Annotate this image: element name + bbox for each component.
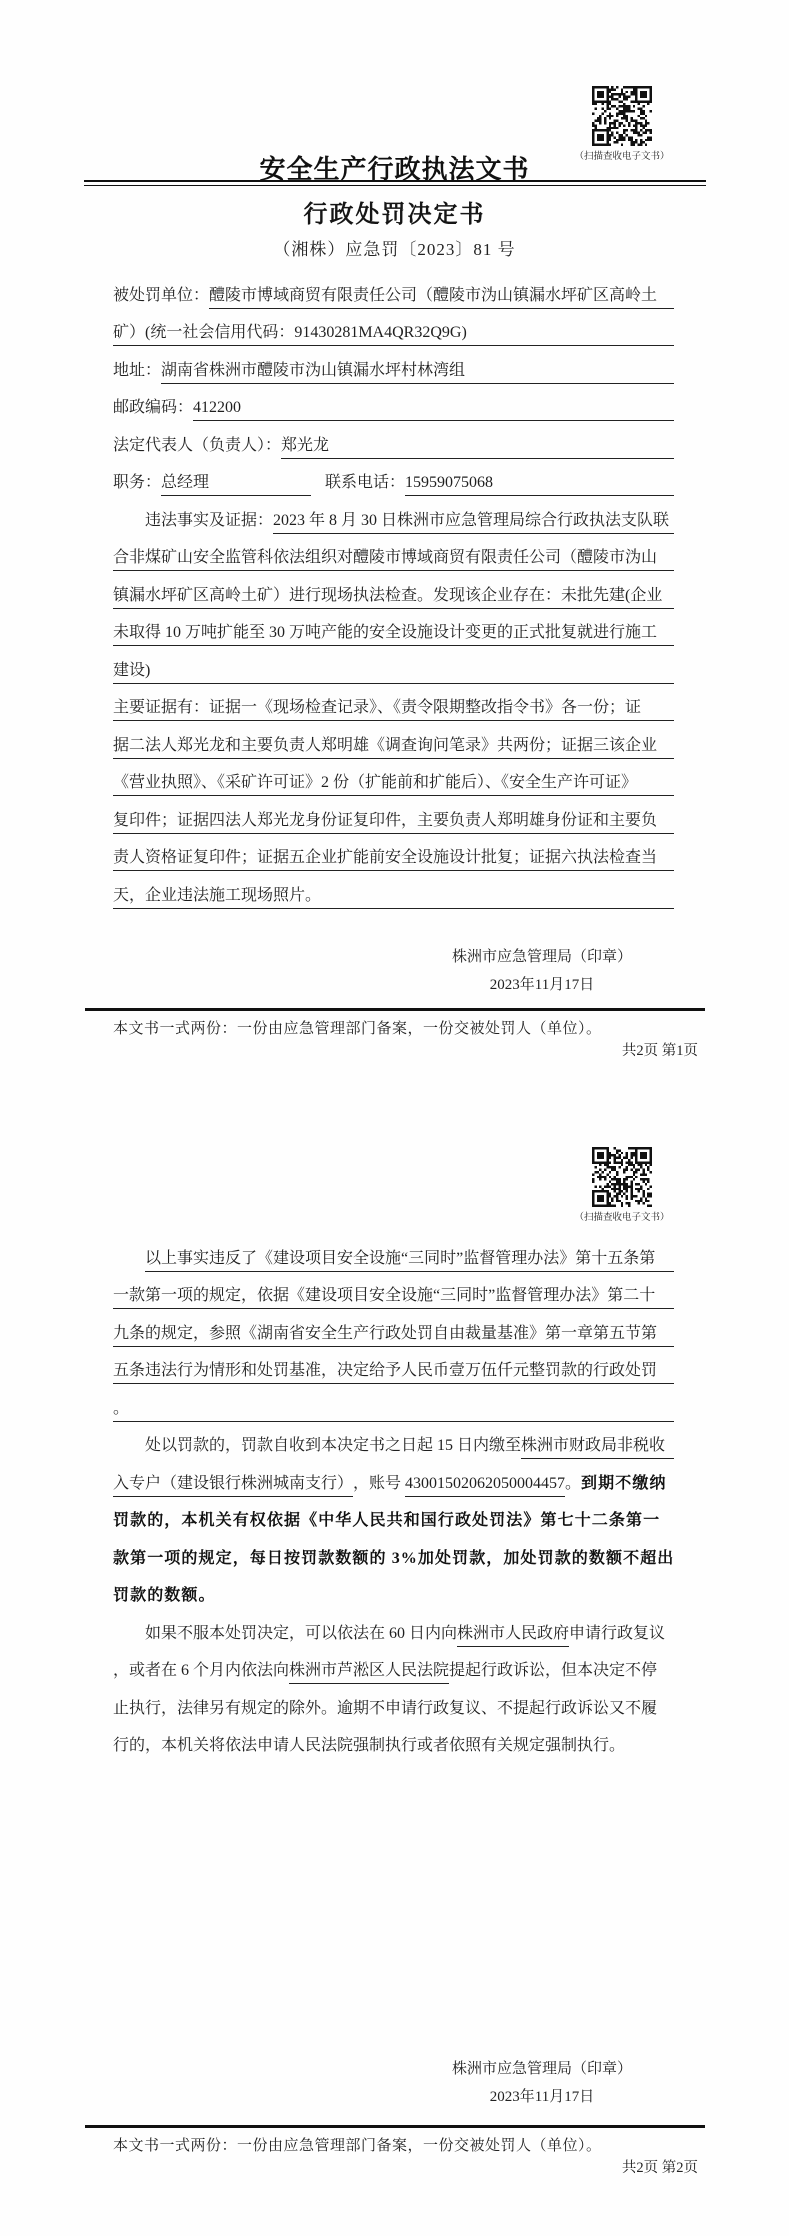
text-segment: 矿）(统一社会信用代码：91430281MA4QR32Q9G): [113, 325, 674, 346]
text-segment: 。: [565, 1476, 581, 1497]
text-segment: 43001502062050004457: [405, 1476, 565, 1497]
form-line: 被处罚单位：醴陵市博域商贸有限责任公司（醴陵市沩山镇漏水坪矿区高岭土: [113, 271, 674, 309]
text-segment: 申请行政复议: [569, 1626, 665, 1647]
form-line: 行的，本机关将依法申请人民法院强制执行或者依照有关规定强制执行。: [113, 1722, 674, 1760]
text-segment: 《营业执照》、《采矿许可证》2 份（扩能前和扩能后）、《安全生产许可证》: [113, 775, 674, 796]
footer-note-page2: 本文书一式两份：一份由应急管理部门备案，一份交被处罚人（单位）。: [113, 2134, 693, 2155]
text-segment: 入专户（建设银行株洲城南支行）: [113, 1476, 353, 1497]
text-segment: 职务：: [113, 475, 161, 496]
form-line: 未取得 10 万吨扩能至 30 万吨产能的安全设施设计变更的正式批复就进行施工: [113, 609, 674, 647]
text-segment: 行的，本机关将依法申请人民法院强制执行或者依照有关规定强制执行。: [113, 1738, 625, 1759]
form-line: 法定代表人（负责人）：郑光龙: [113, 421, 674, 459]
text-segment: 处以罚款的，罚款自收到本决定书之日起 15 日内缴至: [113, 1438, 521, 1459]
text-segment: 15959075068: [405, 475, 674, 496]
text-segment: 合非煤矿山安全监管科依法组织对醴陵市博域商贸有限责任公司（醴陵市沩山: [113, 550, 674, 571]
footer-rule-page2: [85, 2125, 705, 2128]
signature-date: 2023年11月17日: [452, 971, 632, 999]
qr-caption: （扫描查收电子文书）: [562, 1209, 682, 1223]
text-segment: 复印件；证据四法人郑光龙身份证复印件，主要负责人郑明雄身份证和主要负: [113, 813, 674, 834]
text-segment: 建设): [113, 663, 674, 684]
form-line: 五条违法行为情形和处罚基准，决定给予人民币壹万伍仟元整罚款的行政处罚: [113, 1347, 674, 1385]
text-segment: [113, 1251, 145, 1272]
text-segment: 以上事实违反了《建设项目安全设施“三同时”监督管理办法》第十五条第: [145, 1251, 674, 1272]
text-segment: 。: [113, 1401, 674, 1422]
text-segment: 未取得 10 万吨扩能至 30 万吨产能的安全设施设计变更的正式批复就进行施工: [113, 625, 674, 646]
qr-code: [590, 86, 654, 146]
form-line: 复印件；证据四法人郑光龙身份证复印件，主要负责人郑明雄身份证和主要负: [113, 796, 674, 834]
doc-title: 行政处罚决定书: [0, 194, 789, 229]
text-segment: ，账号: [353, 1476, 405, 1497]
form-line: 罚款的，本机关有权依据《中华人民共和国行政处罚法》第七十二条第一: [113, 1497, 674, 1535]
text-segment: 地址：: [113, 363, 161, 384]
form-line: 合非煤矿山安全监管科依法组织对醴陵市博域商贸有限责任公司（醴陵市沩山: [113, 534, 674, 572]
doc-number: （湘株）应急罚〔2023〕81 号: [0, 235, 789, 260]
form-line: 违法事实及证据：2023 年 8 月 30 日株洲市应急管理局综合行政执法支队联: [113, 496, 674, 534]
text-segment: 止执行，法律另有规定的除外。逾期不申请行政复议、不提起行政诉讼又不履: [113, 1701, 657, 1722]
form-line: 如果不服本处罚决定，可以依法在 60 日内向株洲市人民政府申请行政复议: [113, 1609, 674, 1647]
form-line: 主要证据有：证据一《现场检查记录》、《责令限期整改指令书》各一份；证: [113, 684, 674, 722]
qr-code: [590, 1147, 654, 1207]
text-segment: 总经理: [161, 475, 311, 496]
signature-agency: 株洲市应急管理局（印章）: [452, 943, 632, 971]
form-line: 邮政编码：412200: [113, 384, 674, 422]
text-segment: 提起行政诉讼，但本决定不停: [449, 1663, 657, 1684]
form-line: 罚款的数额。: [113, 1572, 674, 1610]
signature-date: 2023年11月17日: [452, 2083, 632, 2111]
text-segment: 违法事实及证据：: [113, 513, 273, 534]
text-segment: 九条的规定，参照《湖南省安全生产行政处罚自由裁量基准》第一章第五节第: [113, 1326, 674, 1347]
text-segment: 湖南省株洲市醴陵市沩山镇漏水坪村林湾组: [161, 363, 674, 384]
text-segment: 天，企业违法施工现场照片。: [113, 888, 674, 909]
text-segment: 一款第一项的规定，依据《建设项目安全设施“三同时”监督管理办法》第二十: [113, 1288, 674, 1309]
text-segment: 据二法人郑光龙和主要负责人郑明雄《调查询问笔录》共两份；证据三该企业: [113, 738, 674, 759]
text-segment: 五条违法行为情形和处罚基准，决定给予人民币壹万伍仟元整罚款的行政处罚: [113, 1363, 674, 1384]
header-rule: [84, 180, 706, 186]
text-segment: 到期不缴纳: [581, 1476, 667, 1497]
text-segment: 主要证据有：证据一《现场检查记录》、《责令限期整改指令书》各一份；证: [113, 700, 674, 721]
text-segment: 2023 年 8 月 30 日株洲市应急管理局综合行政执法支队联: [273, 513, 674, 534]
form-line: 。: [113, 1384, 674, 1422]
body-page1: 被处罚单位：醴陵市博域商贸有限责任公司（醴陵市沩山镇漏水坪矿区高岭土矿）(统一社…: [113, 271, 674, 909]
text-segment: 镇漏水坪矿区高岭土矿）进行现场执法检查。发现该企业存在：未批先建(企业: [113, 588, 674, 609]
text-segment: 罚款的数额。: [113, 1588, 216, 1609]
text-segment: 邮政编码：: [113, 400, 193, 421]
form-line: 处以罚款的，罚款自收到本决定书之日起 15 日内缴至株洲市财政局非税收: [113, 1422, 674, 1460]
form-line: 入专户（建设银行株洲城南支行），账号 43001502062050004457。…: [113, 1459, 674, 1497]
form-line: 地址：湖南省株洲市醴陵市沩山镇漏水坪村林湾组: [113, 346, 674, 384]
form-line: 一款第一项的规定，依据《建设项目安全设施“三同时”监督管理办法》第二十: [113, 1272, 674, 1310]
footer-note-page1: 本文书一式两份：一份由应急管理部门备案，一份交被处罚人（单位）。: [113, 1017, 693, 1038]
text-segment: 株洲市人民政府: [457, 1626, 569, 1647]
signature-agency: 株洲市应急管理局（印章）: [452, 2055, 632, 2083]
page-number-page2: 共2页 第2页: [113, 2156, 698, 2177]
signature-block-page2: 株洲市应急管理局（印章） 2023年11月17日: [452, 2055, 632, 2111]
form-line: 矿）(统一社会信用代码：91430281MA4QR32Q9G): [113, 309, 674, 347]
text-segment: ，或者在 6 个月内依法向: [113, 1663, 289, 1684]
text-segment: 款第一项的规定，每日按罚款数额的 3%加处罚款，加处罚款的数额不超出: [113, 1551, 674, 1572]
signature-block-page1: 株洲市应急管理局（印章） 2023年11月17日: [452, 943, 632, 999]
form-line: ，或者在 6 个月内依法向株洲市芦淞区人民法院提起行政诉讼，但本决定不停: [113, 1647, 674, 1685]
form-line: 建设): [113, 646, 674, 684]
form-line: 《营业执照》、《采矿许可证》2 份（扩能前和扩能后）、《安全生产许可证》: [113, 759, 674, 797]
form-line: 镇漏水坪矿区高岭土矿）进行现场执法检查。发现该企业存在：未批先建(企业: [113, 571, 674, 609]
text-segment: 412200: [193, 400, 674, 421]
text-segment: 郑光龙: [281, 438, 674, 459]
text-segment: 罚款的，本机关有权依据《中华人民共和国行政处罚法》第七十二条第一: [113, 1513, 660, 1534]
text-segment: 被处罚单位：: [113, 288, 209, 309]
footer-rule-page1: [85, 1008, 705, 1011]
text-segment: 株洲市财政局非税收: [521, 1438, 674, 1459]
text-segment: 如果不服本处罚决定，可以依法在 60 日内向: [113, 1626, 457, 1647]
form-line: 止执行，法律另有规定的除外。逾期不申请行政复议、不提起行政诉讼又不履: [113, 1684, 674, 1722]
document-page: （扫描查收电子文书） 安全生产行政执法文书 行政处罚决定书 （湘株）应急罚〔20…: [0, 0, 789, 2236]
form-line: 责人资格证复印件；证据五企业扩能前安全设施设计批复；证据六执法检查当: [113, 834, 674, 872]
form-line: 天，企业违法施工现场照片。: [113, 871, 674, 909]
text-segment: 醴陵市博域商贸有限责任公司（醴陵市沩山镇漏水坪矿区高岭土: [209, 288, 674, 309]
form-line: 以上事实违反了《建设项目安全设施“三同时”监督管理办法》第十五条第: [113, 1234, 674, 1272]
text-segment: 株洲市芦淞区人民法院: [289, 1663, 449, 1684]
form-line: 据二法人郑光龙和主要负责人郑明雄《调查询问笔录》共两份；证据三该企业: [113, 721, 674, 759]
form-line: 职务：总经理联系电话：15959075068: [113, 459, 674, 497]
page-number-page1: 共2页 第1页: [113, 1039, 698, 1060]
text-segment: 联系电话：: [325, 475, 405, 496]
text-segment: 责人资格证复印件；证据五企业扩能前安全设施设计批复；证据六执法检查当: [113, 850, 674, 871]
text-segment: 法定代表人（负责人）：: [113, 438, 281, 459]
form-line: 九条的规定，参照《湖南省安全生产行政处罚自由裁量基准》第一章第五节第: [113, 1309, 674, 1347]
form-line: 款第一项的规定，每日按罚款数额的 3%加处罚款，加处罚款的数额不超出: [113, 1534, 674, 1572]
body-page2: 以上事实违反了《建设项目安全设施“三同时”监督管理办法》第十五条第一款第一项的规…: [113, 1234, 674, 1759]
